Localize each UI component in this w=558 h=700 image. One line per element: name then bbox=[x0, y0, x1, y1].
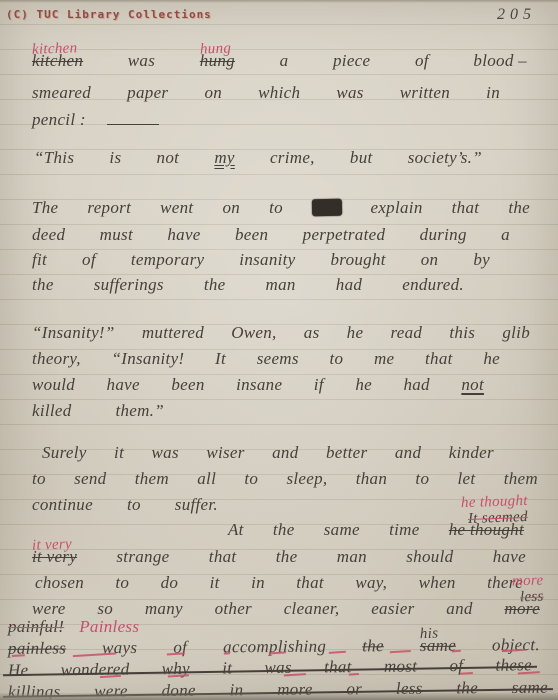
manuscript-line: painful!Painless bbox=[8, 618, 154, 640]
word: muttered bbox=[142, 324, 204, 346]
word: in bbox=[251, 574, 265, 596]
word: chosen bbox=[35, 574, 84, 596]
word: was bbox=[152, 444, 179, 466]
manuscript-line: continuetosuffer. bbox=[32, 496, 218, 518]
word: not bbox=[157, 149, 180, 171]
word: to bbox=[32, 470, 46, 492]
word: the bbox=[273, 521, 295, 543]
word: way, bbox=[355, 574, 387, 596]
manuscript-line: thesufferingsthemanhadendured. bbox=[32, 276, 464, 298]
word: pencil : bbox=[32, 111, 86, 128]
struck-word: painless bbox=[8, 639, 66, 661]
manuscript-line: smearedpaperonwhichwaswrittenin bbox=[32, 84, 500, 106]
word: do bbox=[161, 574, 179, 596]
struck-word: he thoughtIt seemedhe thought bbox=[449, 521, 524, 543]
word: wondered bbox=[61, 660, 130, 683]
word: time bbox=[389, 521, 419, 543]
word: sleep, bbox=[286, 470, 327, 492]
word: not bbox=[461, 376, 484, 398]
word: on bbox=[421, 251, 439, 273]
word: would bbox=[32, 376, 75, 398]
word: the bbox=[32, 276, 54, 298]
word: all bbox=[197, 470, 216, 492]
word: most bbox=[384, 657, 418, 679]
word: went bbox=[160, 199, 193, 221]
word: wiser bbox=[206, 444, 244, 466]
struck-word: hunghung bbox=[200, 52, 235, 74]
word: seems bbox=[257, 350, 299, 372]
page-bottom-edge bbox=[0, 693, 558, 700]
word: “Insanity!” bbox=[32, 324, 115, 346]
word: kinder bbox=[449, 444, 494, 466]
word: of bbox=[82, 251, 96, 273]
word: which bbox=[258, 84, 300, 106]
word: insane bbox=[236, 376, 282, 398]
manuscript-line: fitoftemporaryinsanitybroughtonby bbox=[32, 251, 490, 273]
word: on bbox=[222, 199, 240, 221]
word: He bbox=[8, 662, 29, 684]
word: Surely bbox=[42, 444, 87, 466]
word: that bbox=[452, 199, 480, 221]
word: and bbox=[395, 444, 421, 466]
struck-word: the bbox=[362, 637, 384, 659]
word: must bbox=[100, 226, 133, 248]
manuscript-line: killedthem.” bbox=[32, 402, 164, 424]
manuscript-line: chosentodoitinthatway,whenthere bbox=[35, 574, 523, 596]
word: send bbox=[74, 470, 106, 492]
word: sufferings bbox=[94, 276, 164, 298]
word: of bbox=[173, 639, 187, 661]
word: he bbox=[347, 324, 364, 346]
word: these bbox=[495, 656, 532, 678]
word: perpetrated bbox=[303, 226, 386, 248]
manuscript-line: theory,“Insanity!Itseemstomethathe bbox=[32, 350, 500, 372]
word: brought bbox=[330, 251, 385, 273]
word: ways bbox=[102, 639, 137, 661]
word: a bbox=[280, 52, 289, 74]
inserted-correction: it very bbox=[32, 538, 72, 554]
word: but bbox=[350, 149, 373, 171]
word: man bbox=[266, 276, 296, 298]
word: strange bbox=[116, 548, 169, 570]
word: them bbox=[504, 470, 538, 492]
word: to bbox=[115, 574, 129, 596]
manuscript-line: Thereportwentontosayexplainthatthe bbox=[32, 199, 530, 221]
word: to bbox=[329, 350, 343, 372]
word: that bbox=[296, 574, 324, 596]
word: it bbox=[222, 659, 232, 681]
word: smeared bbox=[32, 84, 91, 106]
manuscript-line: Surelyitwaswiserandbetterandkinder bbox=[42, 444, 494, 466]
blank-rule bbox=[101, 111, 159, 128]
word: deed bbox=[32, 226, 65, 248]
struck-word: painful! bbox=[8, 618, 64, 635]
manuscript-line: tosendthemalltosleep,thantoletthem bbox=[32, 470, 538, 492]
word: why bbox=[162, 660, 191, 682]
inserted-correction: he thought bbox=[461, 493, 528, 510]
blotted-out-word: say bbox=[312, 199, 342, 221]
word: insanity bbox=[239, 251, 295, 273]
word: was bbox=[128, 52, 155, 74]
watermark-label: (C) TUC Library Collections bbox=[6, 8, 212, 21]
struck-word: morelessmore bbox=[504, 600, 540, 622]
word: as bbox=[304, 324, 320, 346]
word: crime, bbox=[270, 149, 315, 171]
manuscript-line: it veryit verystrangethatthemanshouldhav… bbox=[32, 548, 526, 570]
word: glib bbox=[502, 324, 530, 346]
word: explain bbox=[370, 199, 422, 221]
word: and bbox=[272, 444, 298, 466]
word: them bbox=[135, 470, 169, 492]
word: accomplishing bbox=[223, 638, 326, 661]
word: “This bbox=[34, 149, 74, 171]
inserted-correction: hung bbox=[200, 42, 232, 58]
manuscript-page: (C) TUC Library Collections 205 kitchenk… bbox=[0, 0, 558, 700]
word: is bbox=[109, 149, 121, 171]
word: other bbox=[215, 600, 252, 622]
word: than bbox=[356, 470, 387, 492]
word: written bbox=[400, 84, 450, 106]
manuscript-line: “Insanity!”mutteredOwen,ashereadthisglib bbox=[32, 324, 530, 346]
struck-word: kitchenkitchen bbox=[32, 52, 83, 74]
word: “Insanity! bbox=[112, 350, 185, 372]
word: my bbox=[214, 149, 234, 171]
word: society’s.” bbox=[408, 149, 482, 171]
manuscript-line: wouldhavebeeninsaneifhehadnot bbox=[32, 376, 484, 398]
word: man bbox=[337, 548, 367, 570]
manuscript-line: Atthesametimehe thoughtIt seemedhe thoug… bbox=[228, 521, 524, 543]
word: to bbox=[415, 470, 429, 492]
word: been bbox=[235, 226, 268, 248]
word: cleaner, bbox=[284, 600, 340, 622]
word: to bbox=[269, 199, 283, 221]
word: have bbox=[107, 376, 140, 398]
inserted-correction: It seemed bbox=[468, 510, 528, 527]
word: of bbox=[415, 52, 429, 74]
word: continue bbox=[32, 496, 93, 518]
word: a bbox=[501, 226, 510, 248]
word: It bbox=[215, 350, 226, 372]
word: fit bbox=[32, 251, 47, 273]
word: killed bbox=[32, 402, 72, 424]
word: the bbox=[508, 199, 530, 221]
word: it bbox=[210, 574, 220, 596]
word: been bbox=[171, 376, 204, 398]
word: was bbox=[264, 659, 292, 681]
word: had bbox=[403, 376, 429, 398]
manuscript-line: “Thisisnotmycrime,butsociety’s.” bbox=[34, 149, 482, 171]
inserted-correction: kitchen bbox=[32, 41, 78, 58]
page-top-edge bbox=[0, 0, 558, 3]
manuscript-line: deedmusthavebeenperpetratedduringa bbox=[32, 226, 510, 248]
word: had bbox=[336, 276, 362, 298]
word: he bbox=[483, 350, 500, 372]
word: same bbox=[324, 521, 360, 543]
word: read bbox=[391, 324, 423, 346]
word: blood – bbox=[473, 52, 527, 74]
word: let bbox=[458, 470, 476, 492]
word: that bbox=[324, 658, 352, 680]
word: Owen, bbox=[231, 324, 276, 346]
word: to bbox=[244, 470, 258, 492]
word: he bbox=[355, 376, 372, 398]
word: it bbox=[114, 444, 124, 466]
word: paper bbox=[127, 84, 168, 106]
struck-word: it veryit very bbox=[32, 548, 77, 570]
word: theory, bbox=[32, 350, 81, 372]
word: have bbox=[493, 548, 526, 570]
red-correction-word: Painless bbox=[79, 618, 139, 635]
word: temporary bbox=[131, 251, 205, 273]
word: suffer. bbox=[175, 496, 218, 518]
word: the bbox=[276, 548, 298, 570]
word: easier bbox=[371, 600, 414, 622]
inserted-correction: more bbox=[512, 573, 544, 589]
inserted-correction: his bbox=[419, 627, 438, 643]
word: this bbox=[449, 324, 475, 346]
word: At bbox=[228, 521, 244, 543]
word: when bbox=[419, 574, 456, 596]
manuscript-line: kitchenkitchenwashunghungapieceofblood – bbox=[32, 52, 527, 74]
word: of bbox=[449, 657, 463, 679]
word: them.” bbox=[115, 402, 164, 424]
word: better bbox=[326, 444, 367, 466]
word: during bbox=[420, 226, 467, 248]
page-number: 205 bbox=[497, 6, 536, 24]
word: should bbox=[406, 548, 453, 570]
word: to bbox=[127, 496, 141, 518]
word: piece bbox=[333, 52, 370, 74]
word: was bbox=[336, 84, 363, 106]
word: report bbox=[87, 199, 131, 221]
word: in bbox=[486, 84, 500, 106]
word: endured. bbox=[402, 276, 464, 298]
word: by bbox=[473, 251, 490, 273]
word: if bbox=[314, 376, 324, 398]
word: and bbox=[446, 600, 472, 622]
word: have bbox=[167, 226, 200, 248]
word: on bbox=[204, 84, 222, 106]
word: that bbox=[425, 350, 453, 372]
word: The bbox=[32, 199, 58, 221]
inserted-correction: less bbox=[520, 590, 544, 606]
word: the bbox=[204, 276, 226, 298]
word: me bbox=[374, 350, 394, 372]
manuscript-line: pencil : bbox=[32, 111, 174, 133]
word: that bbox=[209, 548, 237, 570]
